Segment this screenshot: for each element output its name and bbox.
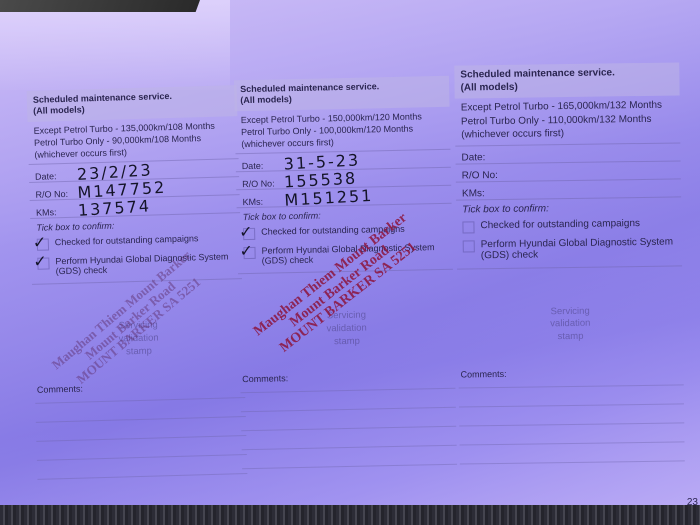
tick-mark-icon: ✓ [239, 241, 253, 260]
ro-label: R/O No: [242, 178, 284, 189]
tick-mark-icon: ✓ [33, 232, 47, 251]
heading-line: (All models) [460, 79, 673, 94]
gds-checkbox[interactable]: ✓ Perform Hyundai Global Diagnostic Syst… [31, 248, 242, 280]
checkbox-label: Perform Hyundai Global Diagnostic System… [261, 242, 446, 266]
ro-label: R/O No: [462, 169, 504, 181]
tick-mark-icon: ✓ [239, 222, 253, 241]
service-column-1: Scheduled maintenance service. (All mode… [27, 85, 248, 480]
checkbox-label: Perform Hyundai Global Diagnostic System… [55, 251, 235, 276]
stamp-area: Servicing validation stamp [238, 269, 455, 354]
stamp-placeholder: Servicing validation stamp [458, 304, 684, 346]
comments-section[interactable]: Comments: [240, 370, 457, 469]
date-label: Date: [461, 151, 503, 163]
stamp-area: Servicing validation stamp [32, 278, 244, 365]
kms-field[interactable]: KMs: [456, 179, 681, 200]
checkbox-label: Checked for outstanding campaigns [55, 233, 199, 247]
gds-checkbox[interactable]: ✓ Perform Hyundai Global Diagnostic Syst… [237, 239, 452, 269]
service-column-3: Scheduled maintenance service. (All mode… [454, 62, 685, 464]
comments-label: Comments: [35, 383, 85, 394]
ro-label: R/O No: [35, 189, 77, 200]
checkbox-label: Perform Hyundai Global Diagnostic System… [481, 236, 676, 261]
stamp-area: Servicing validation stamp [457, 265, 683, 349]
stamp-placeholder: Servicing validation stamp [239, 308, 455, 351]
service-intervals: Except Petrol Turbo - 165,000km/132 Mont… [455, 95, 681, 146]
gds-checkbox[interactable]: Perform Hyundai Global Diagnostic System… [457, 233, 682, 264]
date-label: Date: [242, 160, 284, 171]
service-column-2: Scheduled maintenance service. (All mode… [234, 76, 457, 469]
comments-section[interactable]: Comments: [458, 366, 684, 464]
service-heading: Scheduled maintenance service. (All mode… [234, 76, 450, 111]
page-curl [0, 0, 230, 90]
service-intervals: Except Petrol Turbo - 150,000km/120 Mont… [235, 106, 451, 154]
stamp-placeholder: Servicing validation stamp [33, 317, 244, 361]
comments-label: Comments: [240, 373, 290, 384]
background-strip-top [0, 0, 200, 12]
interval-line: (whichever occurs first) [461, 126, 674, 142]
kms-label: KMs: [462, 187, 504, 199]
date-label: Date: [35, 171, 77, 182]
comments-label: Comments: [458, 368, 508, 379]
checkbox-label: Checked for outstanding campaigns [480, 218, 640, 231]
comments-section[interactable]: Comments: [35, 379, 248, 480]
comment-line[interactable] [460, 442, 685, 464]
service-intervals: Except Petrol Turbo - 135,000km/108 Mont… [27, 116, 238, 165]
page-number: 23 [687, 497, 698, 508]
kms-label: KMs: [242, 196, 284, 207]
checkbox-label: Checked for outstanding campaigns [261, 224, 405, 237]
checkbox-icon[interactable] [462, 221, 474, 233]
checkbox-icon[interactable] [463, 240, 475, 252]
kms-label: KMs: [36, 207, 78, 218]
background-strip-bottom [0, 505, 700, 525]
tick-mark-icon: ✓ [33, 251, 47, 270]
service-heading: Scheduled maintenance service. (All mode… [454, 62, 679, 98]
stamp-label-line: stamp [458, 330, 683, 346]
